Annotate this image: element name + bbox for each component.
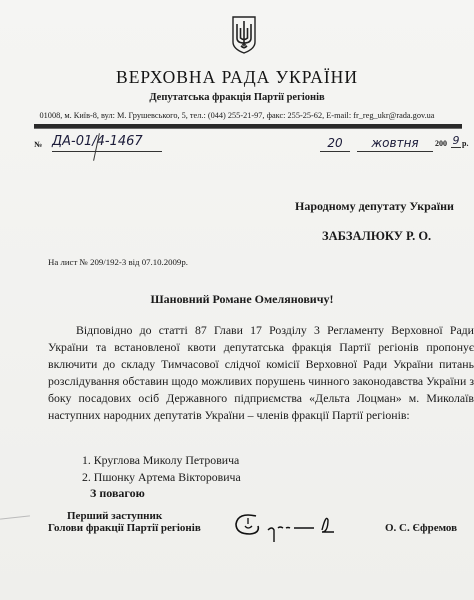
addressee-name: ЗАБЗАЛЮКУ Р. О.	[322, 229, 431, 244]
reg-number-label: №	[34, 140, 42, 149]
org-address: 01008, м. Київ-8, вул: М. Грушевського, …	[0, 111, 474, 120]
signer-name: О. С. Єфремов	[385, 522, 457, 534]
signature-icon	[228, 508, 358, 548]
org-title: ВЕРХОВНА РАДА УКРАЇНИ	[0, 67, 474, 88]
addressee-title: Народному депутату України	[295, 199, 454, 214]
date-year-digit: 9	[451, 134, 461, 148]
salutation: Шановний Романе Омеляновичу!	[0, 292, 474, 307]
date-year-suffix: р.	[462, 139, 468, 148]
date-year-prefix: 200	[435, 139, 447, 148]
reference-line: На лист № 209/192-3 від 07.10.2009р.	[48, 257, 188, 267]
org-subtitle: Депутатська фракція Партії регіонів	[0, 92, 474, 103]
signer-position-line2: Голови фракції Партії регіонів	[48, 522, 201, 534]
document-page: ВЕРХОВНА РАДА УКРАЇНИ Депутатська фракці…	[0, 0, 474, 600]
signer-position-line1: Перший заступник	[67, 510, 162, 522]
reg-number-value: ДА-01/4-1467	[52, 133, 162, 152]
closing-regards: З повагою	[90, 486, 145, 501]
scan-artifact	[0, 515, 30, 519]
list-item: 1. Круглова Миколу Петровича	[82, 452, 241, 469]
trident-emblem-icon	[232, 16, 256, 54]
body-paragraph: Відповідно до статті 87 Глави 17 Розділу…	[48, 322, 474, 424]
body-text: Відповідно до статті 87 Глави 17 Розділу…	[48, 322, 474, 424]
list-item: 2. Пшонку Артема Вікторовича	[82, 469, 241, 486]
header-divider	[34, 124, 462, 129]
date-day: 20	[320, 135, 350, 152]
date-month: жовтня	[357, 135, 433, 152]
nominee-list: 1. Круглова Миколу Петровича 2. Пшонку А…	[82, 452, 241, 486]
